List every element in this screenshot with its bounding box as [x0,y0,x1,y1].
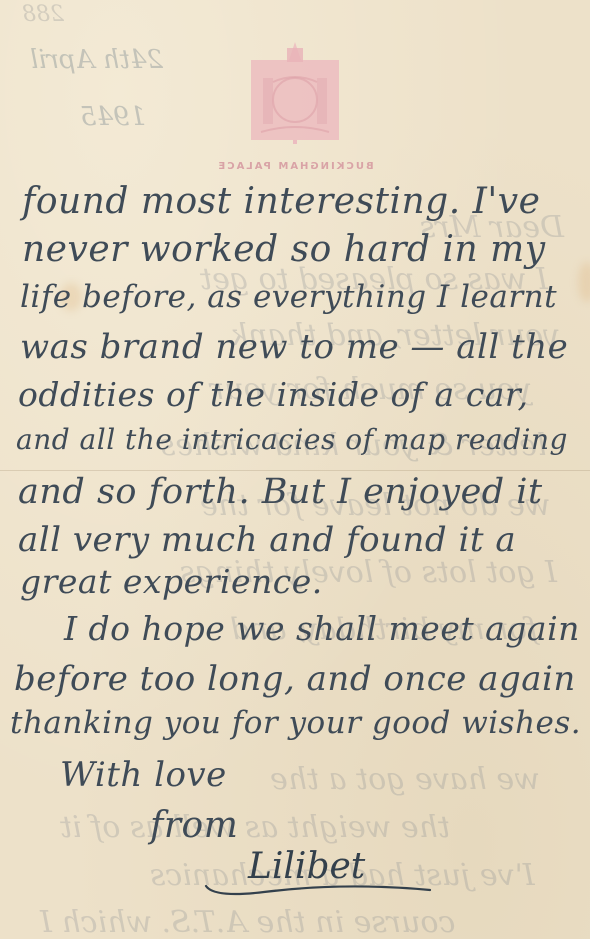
letter-body-line: all very much and found it a [18,523,516,557]
signature-underline [204,880,434,900]
letter-body-line: thanking you for your good wishes. [10,708,581,739]
royal-crest-icon [249,42,341,144]
showthrough-line: the weight as well as of it [60,810,450,845]
letter-body-line: I do hope we shall meet again [64,612,580,645]
letter-body-line: life before, as everything I learnt [20,282,557,313]
archive-pencil-number: 288 [22,2,64,27]
showthrough-date-year: 1945 [80,102,146,132]
closing-from: from [150,808,238,844]
showthrough-date-day-month: 24th April [30,45,163,75]
closing-with-love: With love [60,758,227,792]
showthrough-line: course in the A.T.S. which I [40,905,455,939]
letter-page: 288 24th April 1945 BUCKINGHAM PALACE De… [0,0,590,939]
paper-fold-crease [0,470,590,471]
letter-body-line: and so forth. But I enjoyed it [18,475,543,510]
letter-body-line: great experience. [20,565,323,598]
letter-body-line: was brand new to me — all the [20,330,568,364]
letter-body-line: before too long, and once again [14,662,576,696]
letter-body-line: oddities of the inside of a car, [18,378,529,411]
letter-body-line: and all the intricacies of map reading [16,426,568,454]
letterhead-buckingham-palace: BUCKINGHAM PALACE [180,161,410,172]
showthrough-line: we have got a the [270,762,540,797]
letter-body-line: never worked so hard in my [22,232,546,268]
paper-stain [578,262,590,302]
letter-body-line: found most interesting. I've [22,184,540,220]
